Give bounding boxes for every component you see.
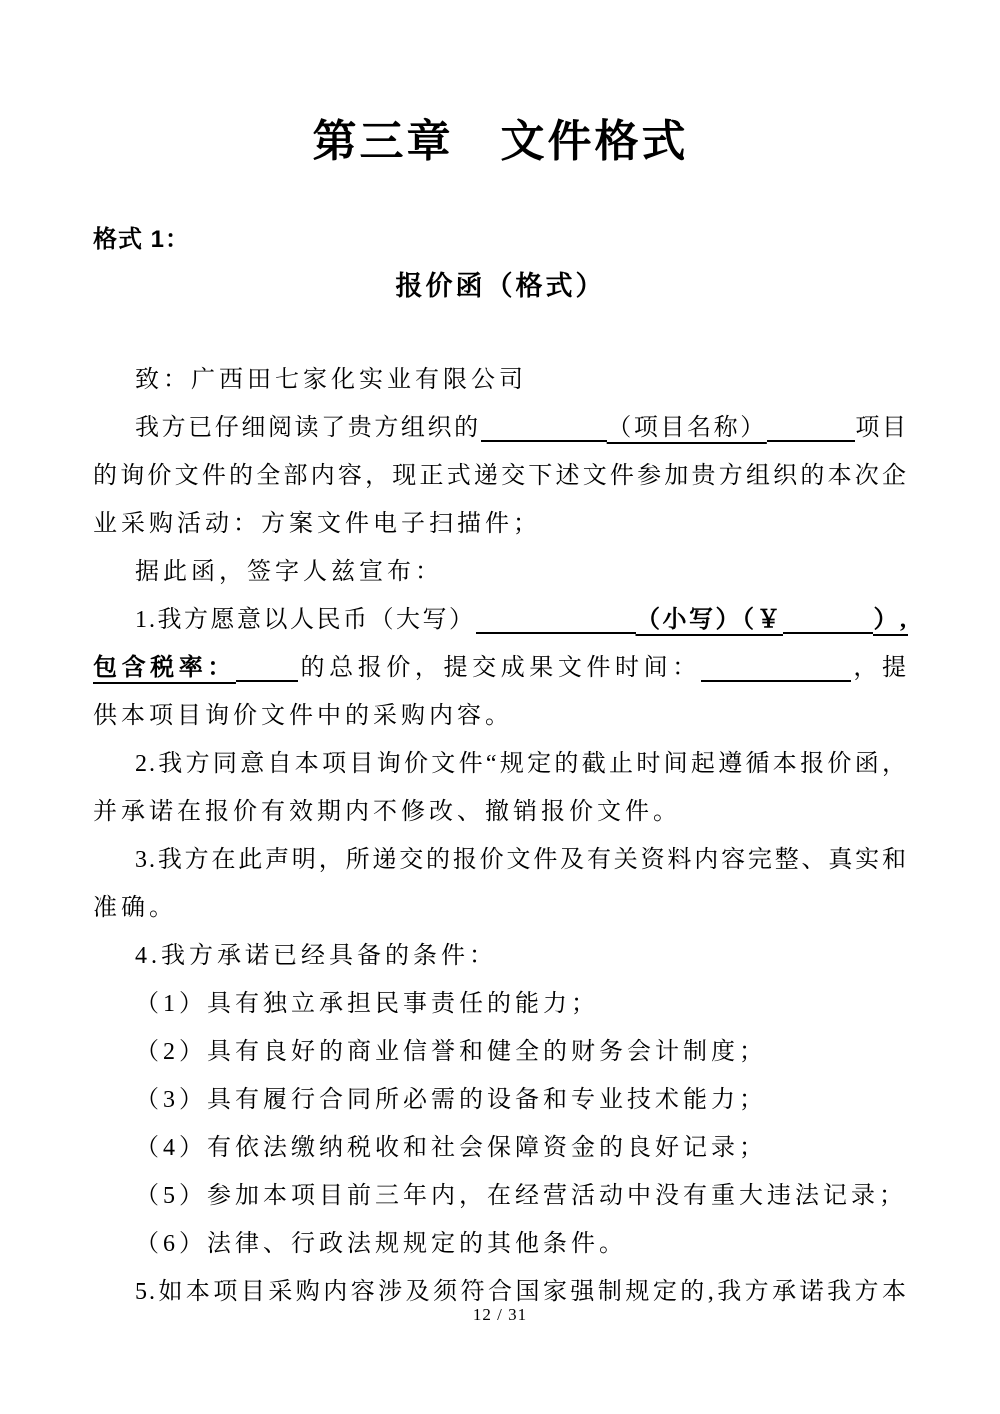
line-project-intro: 我方已仔细阅读了贵方组织的（项目名称）项目	[93, 404, 908, 452]
intro-wrap-1-text: 的询价文件的全部内容，现正式递交下述文件参加贵方组织的本次企	[93, 463, 908, 489]
document-page: 第三章 文件格式 格式 1： 报价函（格式） 致：广西田七家化实业有限公司 我方…	[0, 0, 1000, 1414]
line-addressee: 致：广西田七家化实业有限公司	[93, 356, 908, 404]
line-condition-1: （1）具有独立承担民事责任的能力；	[93, 980, 908, 1028]
project-name-label: （项目名称）	[607, 415, 767, 441]
line-condition-4: （4）有依法缴纳税收和社会保障资金的良好记录；	[93, 1124, 908, 1172]
item1-tax-label: 包含税率：	[93, 655, 236, 681]
declaration-intro-text: 据此函，签字人兹宣布：	[135, 559, 443, 585]
line-item2-2: 并承诺在报价有效期内不修改、撤销报价文件。	[93, 788, 908, 836]
chapter-title: 第三章 文件格式	[93, 112, 908, 172]
item2-line1-text: 2.我方同意自本项目询价文件“规定的截止时间起遵循本报价函，	[135, 751, 908, 777]
item1-wrap-text: 供本项目询价文件中的采购内容。	[93, 703, 513, 729]
line-item1-wrap: 供本项目询价文件中的采购内容。	[93, 692, 908, 740]
line-intro-wrap-1: 的询价文件的全部内容，现正式递交下述文件参加贵方组织的本次企	[93, 452, 908, 500]
condition-1-text: （1）具有独立承担民事责任的能力；	[135, 991, 599, 1017]
item1-close-text: ）,	[873, 607, 908, 633]
line-intro-wrap-2: 业采购活动：方案文件电子扫描件；	[93, 500, 908, 548]
addressee-text: 致：广西田七家化实业有限公司	[135, 367, 527, 393]
blank-amount-in-words	[476, 632, 636, 634]
item2-line2-text: 并承诺在报价有效期内不修改、撤销报价文件。	[93, 799, 681, 825]
blank-tax-rate	[236, 680, 298, 682]
line-item3-2: 准确。	[93, 884, 908, 932]
item5-line1-text: 5.如本项目采购内容涉及须符合国家强制规定的,我方承诺我方本	[135, 1279, 908, 1305]
item4-intro-text: 4.我方承诺已经具备的条件：	[135, 943, 497, 969]
blank-project-name-left	[481, 440, 607, 442]
intro-pre-text: 我方已仔细阅读了贵方组织的	[135, 415, 481, 441]
condition-4-text: （4）有依法缴纳税收和社会保障资金的良好记录；	[135, 1135, 767, 1161]
condition-6-text: （6）法律、行政法规规定的其他条件。	[135, 1231, 627, 1257]
line-item1-tax: 包含税率：的总报价，提交成果文件时间：，提	[93, 644, 908, 692]
line-declaration-intro: 据此函，签字人兹宣布：	[93, 548, 908, 596]
condition-5-text: （5）参加本项目前三年内，在经营活动中没有重大违法记录；	[135, 1183, 907, 1209]
item1-tail-text: ，提	[851, 655, 908, 681]
line-condition-6: （6）法律、行政法规规定的其他条件。	[93, 1220, 908, 1268]
line-condition-3: （3）具有履行合同所必需的设备和专业技术能力；	[93, 1076, 908, 1124]
line-item4-intro: 4.我方承诺已经具备的条件：	[93, 932, 908, 980]
form-title: 报价函（格式）	[93, 266, 908, 306]
blank-amount-in-figures	[783, 632, 873, 634]
line-condition-2: （2）具有良好的商业信誉和健全的财务会计制度；	[93, 1028, 908, 1076]
intro-wrap-2-text: 业采购活动：方案文件电子扫描件；	[93, 511, 541, 537]
blank-project-name-right	[767, 440, 855, 442]
page-content: 第三章 文件格式 格式 1： 报价函（格式） 致：广西田七家化实业有限公司 我方…	[93, 0, 908, 1316]
item1-mid-text: 的总报价，提交成果文件时间：	[298, 655, 701, 681]
line-item2-1: 2.我方同意自本项目询价文件“规定的截止时间起遵循本报价函，	[93, 740, 908, 788]
format-label: 格式 1：	[93, 224, 908, 256]
condition-3-text: （3）具有履行合同所必需的设备和专业技术能力；	[135, 1087, 767, 1113]
line-item1-price: 1.我方愿意以人民币（大写）（小写）（￥）,	[93, 596, 908, 644]
line-condition-5: （5）参加本项目前三年内，在经营活动中没有重大违法记录；	[93, 1172, 908, 1220]
intro-suffix-text: 项目	[855, 415, 908, 441]
item3-line1-text: 3.我方在此声明，所递交的报价文件及有关资料内容完整、真实和	[135, 847, 908, 873]
condition-2-text: （2）具有良好的商业信誉和健全的财务会计制度；	[135, 1039, 767, 1065]
page-number: 12 / 31	[0, 1303, 1000, 1327]
blank-delivery-time	[701, 680, 851, 682]
item1-figures-label: （小写）（￥	[636, 607, 784, 633]
letter-body: 致：广西田七家化实业有限公司 我方已仔细阅读了贵方组织的（项目名称）项目 的询价…	[93, 356, 908, 1316]
line-item3-1: 3.我方在此声明，所递交的报价文件及有关资料内容完整、真实和	[93, 836, 908, 884]
item1-pre-text: 1.我方愿意以人民币（大写）	[135, 607, 476, 633]
item3-line2-text: 准确。	[93, 895, 177, 921]
